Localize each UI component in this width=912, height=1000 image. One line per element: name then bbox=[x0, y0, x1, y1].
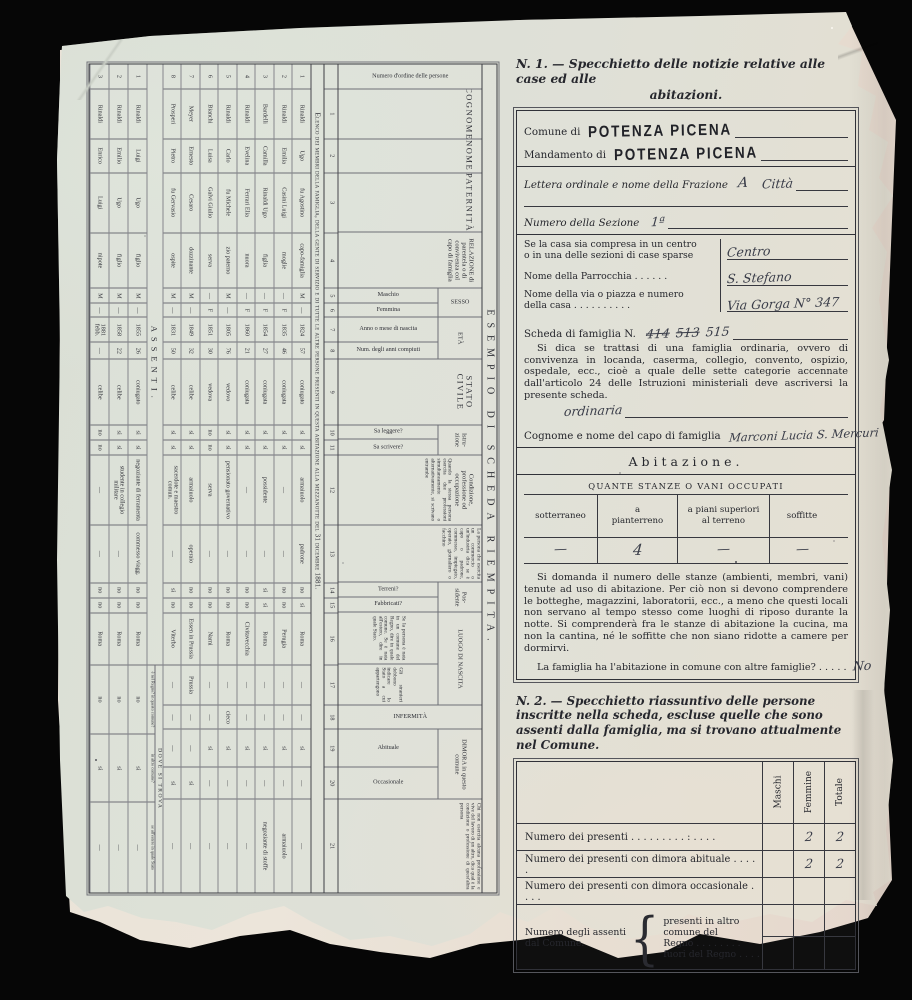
cell: Camilla bbox=[256, 139, 274, 173]
cell bbox=[762, 905, 793, 969]
capo-row: Cognome e nome del capo di famiglia Marc… bbox=[524, 418, 848, 442]
cell: zio paterno bbox=[219, 233, 237, 289]
divider bbox=[517, 166, 855, 167]
cell: — bbox=[219, 800, 237, 893]
sezione-label: Numero della Sezione bbox=[524, 217, 639, 229]
cell: studente in collegio militare bbox=[110, 456, 128, 526]
cell: — bbox=[293, 304, 311, 318]
n2-box: MaschiFemmineTotaleNumero dei presenti .… bbox=[516, 761, 856, 970]
cell: — bbox=[219, 768, 237, 800]
cell: Ernesto bbox=[182, 139, 200, 173]
cell: Prosperi bbox=[164, 89, 182, 139]
cell: sì bbox=[238, 730, 256, 768]
cell: 11 bbox=[324, 441, 337, 456]
cell: 76 bbox=[219, 343, 237, 360]
cell: — bbox=[275, 289, 293, 304]
write-line bbox=[625, 405, 848, 418]
cell: 3 bbox=[256, 65, 274, 90]
cell: — bbox=[256, 525, 274, 583]
cell: 14 bbox=[324, 583, 337, 598]
cell bbox=[824, 905, 855, 969]
cell: Pos- sidenteTerreni?Fabbricati? bbox=[338, 583, 481, 613]
cell: commesso viagg. bbox=[129, 525, 147, 583]
cell: no bbox=[129, 598, 147, 613]
cell: sì bbox=[182, 768, 200, 800]
cell: — bbox=[91, 304, 109, 318]
cell: Terreni? bbox=[338, 583, 437, 598]
cell: sì bbox=[110, 441, 128, 456]
cell: sì bbox=[256, 441, 274, 456]
cell: sì bbox=[256, 583, 274, 598]
cell: 50 bbox=[164, 343, 182, 360]
comune-row: Comune di POTENZA PICENA bbox=[524, 116, 848, 138]
cell: 2 bbox=[793, 824, 824, 850]
cell: Fabbricati? bbox=[338, 597, 437, 611]
person-row: 7MeyerErnestoCesarodozzinanteM—184932cel… bbox=[181, 65, 200, 893]
cell: sì bbox=[238, 426, 256, 441]
cell: nipote bbox=[91, 233, 109, 289]
cell: 4 bbox=[238, 65, 256, 90]
cell: ospite bbox=[164, 233, 182, 289]
cell: Sa leggere? bbox=[374, 429, 403, 436]
cell: DOVE SI TROVAè nel Regno? in questo comu… bbox=[148, 665, 163, 892]
n2-row: Numero dei presenti con dimora occasiona… bbox=[517, 878, 855, 905]
mandamento-label: Mandamento di bbox=[524, 149, 606, 161]
elenco-banner: Elenco dei membri della famiglia, della … bbox=[311, 65, 324, 893]
cell: 8 bbox=[164, 65, 182, 90]
cell bbox=[762, 851, 793, 877]
write-line bbox=[733, 327, 848, 340]
divider bbox=[517, 447, 855, 448]
cell: 1855 bbox=[129, 318, 147, 343]
cell: armaiuolo bbox=[275, 800, 293, 893]
stanze-note: Si domanda il numero delle stanze (ambie… bbox=[524, 572, 848, 655]
cell: Maschio bbox=[377, 292, 398, 299]
cell: — bbox=[129, 304, 147, 318]
cell: — bbox=[164, 800, 182, 893]
cell: — bbox=[293, 768, 311, 800]
write-line bbox=[524, 194, 848, 207]
cell: —4—— bbox=[524, 537, 848, 563]
blank-row bbox=[524, 191, 848, 207]
cell: NOME bbox=[465, 139, 474, 173]
cell: Viterbo bbox=[164, 613, 182, 665]
mandamento-row: Mandamento di POTENZA PICENA bbox=[524, 138, 848, 161]
cell: coniugata bbox=[256, 360, 274, 426]
cell: Chi non esercita alcuna professione e vi… bbox=[338, 800, 481, 893]
cell: 4 bbox=[324, 233, 337, 289]
cell: — bbox=[275, 768, 293, 800]
cell: Roma bbox=[219, 613, 237, 665]
cell: no bbox=[129, 665, 147, 735]
n2-title: N. 2. — Specchietto riassuntivo delle pe… bbox=[516, 694, 856, 753]
cell: Condizione, professione od occupazioneQu… bbox=[338, 455, 481, 525]
cell: no bbox=[91, 583, 109, 598]
cell: 1858 bbox=[110, 318, 128, 343]
scheda-row: Scheda di famiglia N. 414513515 bbox=[524, 316, 848, 340]
cell: — bbox=[238, 800, 256, 893]
cell: STATO CIVILE bbox=[456, 361, 474, 424]
cell: — bbox=[164, 730, 182, 768]
cell: in altro comune? bbox=[148, 735, 155, 803]
cell: no bbox=[91, 426, 109, 441]
n2-assenti-subrow-label: fuori del Regno . . . . bbox=[663, 949, 760, 960]
cell: Femmina bbox=[338, 303, 437, 317]
cell: sì bbox=[275, 441, 293, 456]
famiglie-label: La famiglia ha l'abitazione in comune co… bbox=[524, 662, 847, 673]
cell: no bbox=[110, 583, 128, 598]
person-row: 8ProsperiPietrofu GervasioospiteM—183150… bbox=[163, 65, 182, 893]
cell: La persona che esercita un commercio o u… bbox=[439, 526, 482, 581]
cell: padrone bbox=[293, 525, 311, 583]
cell: apianterreno bbox=[598, 495, 678, 537]
cell: 46 bbox=[275, 343, 293, 360]
cell: 7 bbox=[324, 318, 337, 343]
cell: sì bbox=[275, 730, 293, 768]
write-line bbox=[796, 178, 848, 191]
abitazione-title: Abitazione. bbox=[524, 454, 848, 469]
cell: COGNOME bbox=[465, 89, 474, 139]
person-row: 5RinaldiCarlofu Michelezio paternoM—1805… bbox=[218, 65, 237, 893]
cell: dozzinante bbox=[182, 233, 200, 289]
n1-box: Comune di POTENZA PICENA Mandamento di P… bbox=[516, 110, 856, 680]
cell: — bbox=[201, 665, 219, 706]
cell: è nel Regno? in questo comune? bbox=[148, 665, 155, 735]
cell: — bbox=[219, 304, 237, 318]
cell: Chi non esercita alcuna professione e vi… bbox=[456, 801, 481, 892]
cell: figlio bbox=[110, 233, 128, 289]
cell: sì bbox=[129, 441, 147, 456]
esempio-rotated-table: ESEMPIO DI SCHEDA RIEMPITA. Numero d'ord… bbox=[89, 64, 498, 894]
cell: no bbox=[164, 598, 182, 613]
cell: Femmine bbox=[804, 771, 814, 813]
cell: coniugata bbox=[275, 360, 293, 426]
cell: Sa scrivere? bbox=[338, 440, 437, 454]
n2-row: Numero dei presenti con dimora abituale … bbox=[517, 851, 855, 878]
cell: sì bbox=[182, 426, 200, 441]
cell: — bbox=[164, 665, 182, 706]
brace-glyph: { bbox=[630, 909, 659, 967]
cell: M bbox=[110, 289, 128, 304]
cell: — bbox=[678, 538, 770, 563]
cell: Pietro bbox=[164, 139, 182, 173]
cell: 6 bbox=[324, 304, 337, 318]
cell: no bbox=[182, 583, 200, 598]
cell: 27 bbox=[256, 343, 274, 360]
cell: SESSO bbox=[438, 289, 482, 317]
cell: — bbox=[524, 538, 598, 563]
cell: fu Agostino bbox=[293, 173, 311, 233]
cell: 4 bbox=[598, 538, 678, 563]
person-row: 4RinaldiEvelinaFerrari Elianuora—F186021… bbox=[237, 65, 256, 893]
cell: — bbox=[182, 304, 200, 318]
cell: sì bbox=[129, 735, 147, 803]
cell: Se la persona è nata in un comune del Re… bbox=[338, 613, 437, 664]
cell: 9 bbox=[324, 360, 337, 426]
struck-number: 513 bbox=[675, 324, 700, 340]
cell: no bbox=[110, 598, 128, 613]
capo-label: Cognome e nome del capo di famiglia bbox=[524, 430, 721, 442]
cell: Rinaldi bbox=[91, 89, 109, 139]
centro-labels: Se la casa sia compresa in un centro o i… bbox=[524, 239, 720, 312]
cell: Bianchi bbox=[201, 89, 219, 139]
cell: RELAZIONE di parentela o di convivenza c… bbox=[338, 233, 481, 289]
cell: sì bbox=[91, 735, 109, 803]
cell: PATERNITÀ bbox=[338, 173, 481, 233]
cell: — bbox=[293, 800, 311, 893]
cell: sì bbox=[275, 426, 293, 441]
centro-values: Centro S. Stefano Via Gorga N° 347 bbox=[720, 239, 848, 312]
cell: Anno o mese di nascitaNum. degli anni co… bbox=[338, 318, 437, 359]
cell: armaiuolo bbox=[293, 456, 311, 526]
write-line bbox=[668, 216, 848, 229]
cell: — bbox=[110, 304, 128, 318]
cell: DIMORA in questo comuneAbitualeOccasiona… bbox=[338, 730, 481, 800]
cell: no bbox=[91, 665, 109, 735]
cell: Maschio bbox=[338, 289, 437, 304]
column-numbers-row: 123456789101112131415161718192021 bbox=[323, 65, 337, 893]
cell: sì bbox=[110, 735, 128, 803]
cell: coniugato bbox=[293, 360, 311, 426]
cell: 1831 bbox=[164, 318, 182, 343]
cell: M bbox=[164, 289, 182, 304]
cell: Ugo bbox=[110, 173, 128, 233]
cell: 2 bbox=[324, 139, 337, 173]
scanned-census-document: ESEMPIO DI SCHEDA RIEMPITA. Numero d'ord… bbox=[0, 0, 912, 1000]
cell: — bbox=[256, 665, 274, 706]
cell: DOVE SI TROVA bbox=[155, 665, 163, 892]
cell: Roma bbox=[293, 613, 311, 665]
cell: — bbox=[201, 706, 219, 730]
cell: Rinaldi Ugo bbox=[256, 173, 274, 233]
cell: La persona che esercita un commercio o u… bbox=[338, 525, 481, 583]
cell: sì bbox=[164, 426, 182, 441]
cell: serva bbox=[201, 233, 219, 289]
cell: figlia bbox=[256, 233, 274, 289]
stanze-table: sotterraneoapianterrenoa piani superiori… bbox=[524, 494, 848, 564]
cell: Maschi bbox=[762, 762, 793, 823]
cell: 2 bbox=[824, 824, 855, 850]
cell: Roma bbox=[129, 613, 147, 665]
cell: Istru- zioneSa leggere?Sa scrivere? bbox=[338, 425, 481, 455]
cell: no bbox=[275, 598, 293, 613]
person-row: 6BianchiLuisaGalvi Giulioserva—F185130ve… bbox=[200, 65, 219, 893]
cell: Anno o mese di nascita bbox=[338, 318, 437, 342]
cell: — bbox=[110, 803, 128, 893]
cell: 32 bbox=[182, 343, 200, 360]
cell: — bbox=[275, 525, 293, 583]
cell: Femmine bbox=[793, 762, 824, 823]
categoria-handwriting: ordinaria bbox=[563, 402, 623, 419]
cell: Se la persona è nata in un comune del Re… bbox=[370, 614, 407, 662]
cell: — bbox=[182, 800, 200, 893]
cell: no bbox=[91, 598, 109, 613]
divider bbox=[517, 234, 855, 235]
sezione-row: Numero della Sezione 1ª bbox=[524, 207, 848, 229]
cell: sotterraneo bbox=[524, 495, 598, 537]
cell: Numero dei presenti con dimora abituale … bbox=[517, 851, 762, 877]
cell: Numero dei presenti con dimora occasiona… bbox=[517, 878, 762, 904]
cell: — bbox=[182, 706, 200, 730]
cell: Rinaldi bbox=[275, 89, 293, 139]
cell: 1835 bbox=[275, 318, 293, 343]
cell bbox=[824, 878, 855, 904]
n1-title-line1: N. 1. — Specchietto delle notizie relati… bbox=[516, 56, 856, 87]
via-label: Nome della via o piazza e numero della c… bbox=[524, 289, 720, 312]
cell: — bbox=[201, 800, 219, 893]
scheda-number-handwriting: 414513515 bbox=[645, 323, 730, 341]
cell: M bbox=[219, 289, 237, 304]
cell: — bbox=[91, 456, 109, 526]
struck-number: 414 bbox=[645, 325, 670, 341]
cell: Narni bbox=[201, 613, 219, 665]
cell: Sa scrivere? bbox=[373, 444, 403, 451]
cell: sì bbox=[293, 730, 311, 768]
cell bbox=[793, 878, 824, 904]
cell: Meyer bbox=[182, 89, 200, 139]
cell: sì bbox=[129, 426, 147, 441]
cell: coniugata bbox=[238, 360, 256, 426]
cell: soffitte bbox=[770, 495, 834, 537]
cell: sì bbox=[293, 598, 311, 613]
cell: Condizione, professione od occupazione bbox=[453, 456, 474, 523]
cell: — bbox=[164, 706, 182, 730]
cell: Bardelli bbox=[256, 89, 274, 139]
parrocchia-value-line: S. Stefano bbox=[727, 265, 848, 286]
cell bbox=[762, 878, 793, 904]
cell: Quando la stessa persona esercita due pr… bbox=[422, 456, 453, 523]
cell: DIMORA in questo comune bbox=[438, 730, 482, 799]
cell: Cesaro bbox=[182, 173, 200, 233]
cell bbox=[762, 824, 793, 850]
cell: 1 bbox=[129, 65, 147, 90]
cell: 6 bbox=[201, 65, 219, 90]
cell: negoziante di stoffe bbox=[256, 800, 274, 893]
cell: sì bbox=[219, 441, 237, 456]
cell: 5 bbox=[324, 289, 337, 304]
cell: 1851 bbox=[201, 318, 219, 343]
cell: cieco bbox=[219, 706, 237, 730]
table-body: 1RinaldiUgofu Agostinocapo-famigliaM—182… bbox=[163, 65, 311, 893]
via-handwriting: Via Gorga N° 347 bbox=[726, 294, 839, 313]
cell: — bbox=[275, 665, 293, 706]
cell: — bbox=[91, 525, 109, 583]
cell: sì bbox=[164, 583, 182, 598]
cell: 30 bbox=[201, 343, 219, 360]
cell: no bbox=[238, 598, 256, 613]
write-line bbox=[735, 125, 848, 138]
cell: se all'estero in quale Stato bbox=[148, 803, 155, 893]
cell: Enrico bbox=[91, 139, 109, 173]
cell: Civitavecchia bbox=[238, 613, 256, 665]
cell: sì bbox=[238, 441, 256, 456]
cell: — bbox=[91, 343, 109, 360]
write-line bbox=[761, 148, 848, 161]
centro-value-line: Centro bbox=[727, 239, 848, 260]
categoria-value-row: ordinaria bbox=[524, 402, 848, 418]
cell: sì bbox=[293, 426, 311, 441]
cell: no bbox=[238, 583, 256, 598]
cell: — bbox=[238, 665, 256, 706]
cell: celibe bbox=[91, 360, 109, 426]
cell: Numero dei presenti . . . . . . . . . : … bbox=[517, 824, 762, 850]
cell: moglie bbox=[275, 233, 293, 289]
cell: MaschiFemmineTotale bbox=[517, 762, 855, 824]
famiglie-handwriting: No bbox=[852, 657, 872, 673]
cell: — bbox=[770, 538, 834, 563]
cell: Rinaldi bbox=[293, 89, 311, 139]
cell: vedovo bbox=[219, 360, 237, 426]
centro-handwriting: Centro bbox=[726, 243, 771, 260]
cell: no bbox=[275, 583, 293, 598]
cell: — bbox=[238, 289, 256, 304]
cell: armaiuolo bbox=[182, 456, 200, 526]
cell: Num. degli anni compiuti bbox=[356, 347, 420, 354]
cell: — bbox=[110, 525, 128, 583]
cell: 57 bbox=[293, 343, 311, 360]
cell: Roma bbox=[256, 613, 274, 665]
assenti-section: ASSENTI.DOVE SI TROVAè nel Regno? in que… bbox=[90, 65, 163, 893]
cell: — bbox=[238, 768, 256, 800]
frazione-row: Lettera ordinale e nome della Frazione A… bbox=[524, 171, 848, 191]
cell: MaschioFemmina bbox=[338, 289, 437, 317]
cell: 7 bbox=[182, 65, 200, 90]
mandamento-stamp: POTENZA PICENA bbox=[614, 143, 758, 163]
cell: no bbox=[129, 583, 147, 598]
assente-row: 2RinaldiEmilioUgofiglioM—185822celibesìs… bbox=[109, 65, 128, 893]
cell: 26 bbox=[129, 343, 147, 360]
cell: PATERNITÀ bbox=[465, 173, 474, 233]
cell: — bbox=[129, 803, 147, 893]
cell: a piani superiorial terreno bbox=[678, 495, 770, 537]
cell: SESSO bbox=[451, 299, 470, 306]
person-row: 2RinaldiEmiliaCasini Luigimoglie—F183546… bbox=[274, 65, 293, 893]
cell: no bbox=[110, 665, 128, 735]
cell: Femmina bbox=[376, 307, 399, 314]
cell: Evelina bbox=[238, 139, 256, 173]
cell: Rinaldi bbox=[219, 89, 237, 139]
cell: Emilio bbox=[110, 139, 128, 173]
cell: fu Gervasio bbox=[164, 173, 182, 233]
cell: Emilia bbox=[275, 139, 293, 173]
cell: Roma bbox=[110, 613, 128, 665]
cell: — bbox=[238, 706, 256, 730]
cell: — bbox=[275, 456, 293, 526]
cell: sì bbox=[182, 441, 200, 456]
cell: celibe bbox=[110, 360, 128, 426]
cell: 19 bbox=[324, 730, 337, 768]
frazione-letter-handwriting: A bbox=[737, 175, 749, 191]
cell: sacerdote e maestro comun. bbox=[164, 456, 182, 526]
cell: — bbox=[164, 525, 182, 583]
cell bbox=[324, 65, 337, 90]
person-row: 3BardelliCamillaRinaldi Ugofiglia—F18542… bbox=[255, 65, 274, 893]
cell: F bbox=[275, 304, 293, 318]
n2-assenti-subrow-label: presenti in altro comune del Regno . . .… bbox=[663, 916, 760, 949]
cell: Terreni?Fabbricati? bbox=[338, 583, 437, 612]
centro-block: Se la casa sia compresa in un centro o i… bbox=[524, 239, 848, 312]
cell: M bbox=[91, 289, 109, 304]
cell: 16 bbox=[324, 613, 337, 665]
cell: LUOGO DI NASCITASe la persona è nata in … bbox=[338, 613, 481, 706]
n2-assenti-label: Numero degli assenti dal Comune. bbox=[525, 927, 626, 949]
right-page: N. 1. — Specchietto delle notizie relati… bbox=[516, 56, 856, 970]
cell: Maschi bbox=[773, 776, 783, 809]
cell: 2 bbox=[793, 851, 824, 877]
cell: no bbox=[201, 426, 219, 441]
cell: 1881 febb. bbox=[91, 318, 109, 343]
cell: 1824 bbox=[293, 318, 311, 343]
